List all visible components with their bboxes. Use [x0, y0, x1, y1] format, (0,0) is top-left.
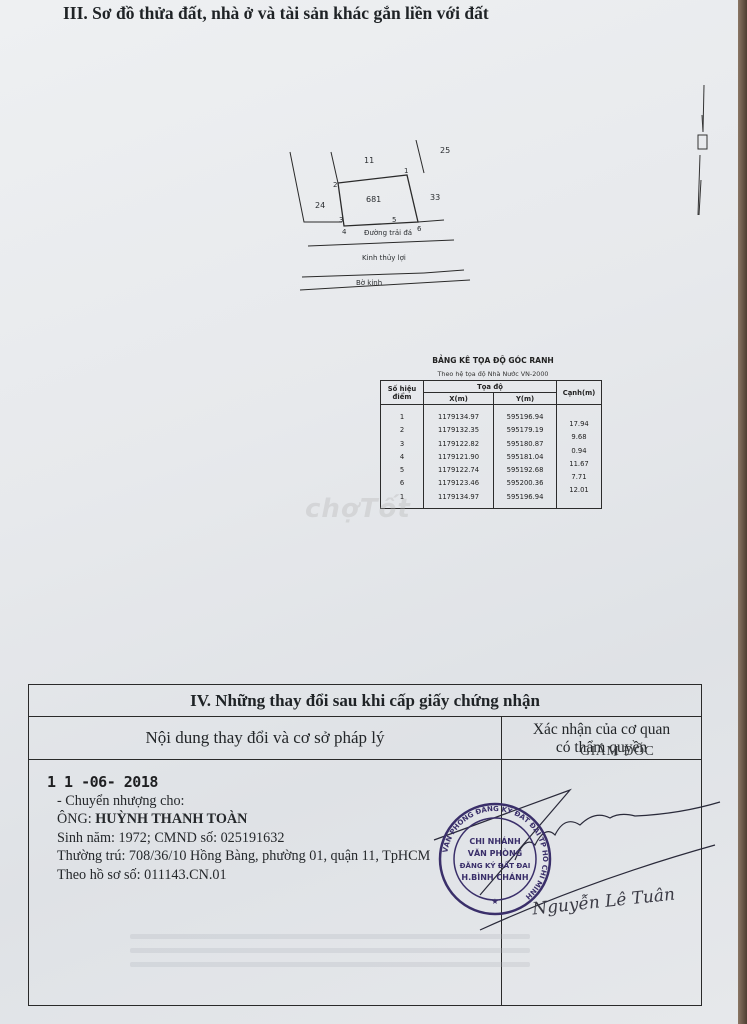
plot-map: 11 25 24 33 681 1 2 3 4 5 6 Đường trải đ…: [280, 140, 480, 300]
faded-backside-text: [130, 925, 530, 976]
section3-title: III. Sơ đồ thửa đất, nhà ở và tài sản kh…: [63, 3, 489, 24]
director-title: GIÁM ĐỐC: [580, 743, 654, 761]
chotot-watermark: chợTốt: [305, 494, 411, 524]
svg-text:3: 3: [339, 216, 343, 224]
table-row: 11179134.97595196.9417.94: [381, 405, 602, 425]
coord-table-title: BẢNG KÊ TỌA ĐỘ GÓC RANH: [378, 356, 608, 365]
svg-text:ĐĂNG KÝ ĐẤT ĐAI: ĐĂNG KÝ ĐẤT ĐAI: [460, 860, 531, 870]
change-entry: 1 1 -06- 2018 - Chuyển nhượng cho: ÔNG: …: [43, 773, 430, 884]
svg-text:VĂN PHÒNG: VĂN PHÒNG: [468, 847, 522, 858]
neighbor-11: 11: [364, 156, 374, 165]
svg-text:4: 4: [342, 228, 347, 236]
certificate-page: III. Sơ đồ thửa đất, nhà ở và tài sản kh…: [0, 0, 738, 1024]
svg-text:H.BÌNH CHÁNH: H.BÌNH CHÁNH: [461, 871, 528, 882]
north-arrow-icon: [680, 60, 747, 240]
changes-column-header: Nội dung thay đổi và cơ sở pháp lý: [29, 717, 502, 759]
parcel-681: 681: [366, 195, 381, 204]
col-x: X(m): [424, 393, 494, 405]
entry-date: 1 1 -06- 2018: [47, 773, 430, 792]
owner-name: HUỲNH THANH TOÀN: [95, 811, 247, 827]
road-label: Đường trải đá: [364, 229, 412, 237]
svg-text:2: 2: [333, 181, 337, 189]
col-coord: Tọa độ: [424, 381, 557, 393]
canal-label: Kinh thủy lợi: [362, 254, 406, 262]
page-edge: [738, 0, 747, 1024]
svg-text:1: 1: [404, 167, 408, 175]
svg-text:★: ★: [491, 897, 498, 906]
col-y: Y(m): [494, 393, 557, 405]
coord-table-subtitle: Theo hệ tọa độ Nhà Nước VN-2000: [378, 370, 608, 378]
svg-text:6: 6: [417, 225, 422, 233]
svg-text:5: 5: [392, 216, 396, 224]
section4-title: IV. Những thay đổi sau khi cấp giấy chứn…: [29, 685, 701, 717]
authority-column-header: Xác nhận của cơ quan có thẩm quyền GIÁM …: [502, 717, 701, 759]
neighbor-25: 25: [440, 146, 450, 155]
col-edge: Cạnh(m): [557, 381, 602, 405]
bank-label: Bờ kinh: [356, 279, 382, 287]
col-point: Số hiệu điểm: [381, 381, 424, 405]
owner-line: ÔNG: HUỲNH THANH TOÀN: [43, 810, 430, 829]
neighbor-33: 33: [430, 193, 440, 202]
coordinate-table: Số hiệu điểm Tọa độ Cạnh(m) X(m) Y(m) 11…: [380, 380, 602, 509]
svg-text:CHI NHÁNH: CHI NHÁNH: [469, 835, 520, 846]
neighbor-24: 24: [315, 201, 325, 210]
